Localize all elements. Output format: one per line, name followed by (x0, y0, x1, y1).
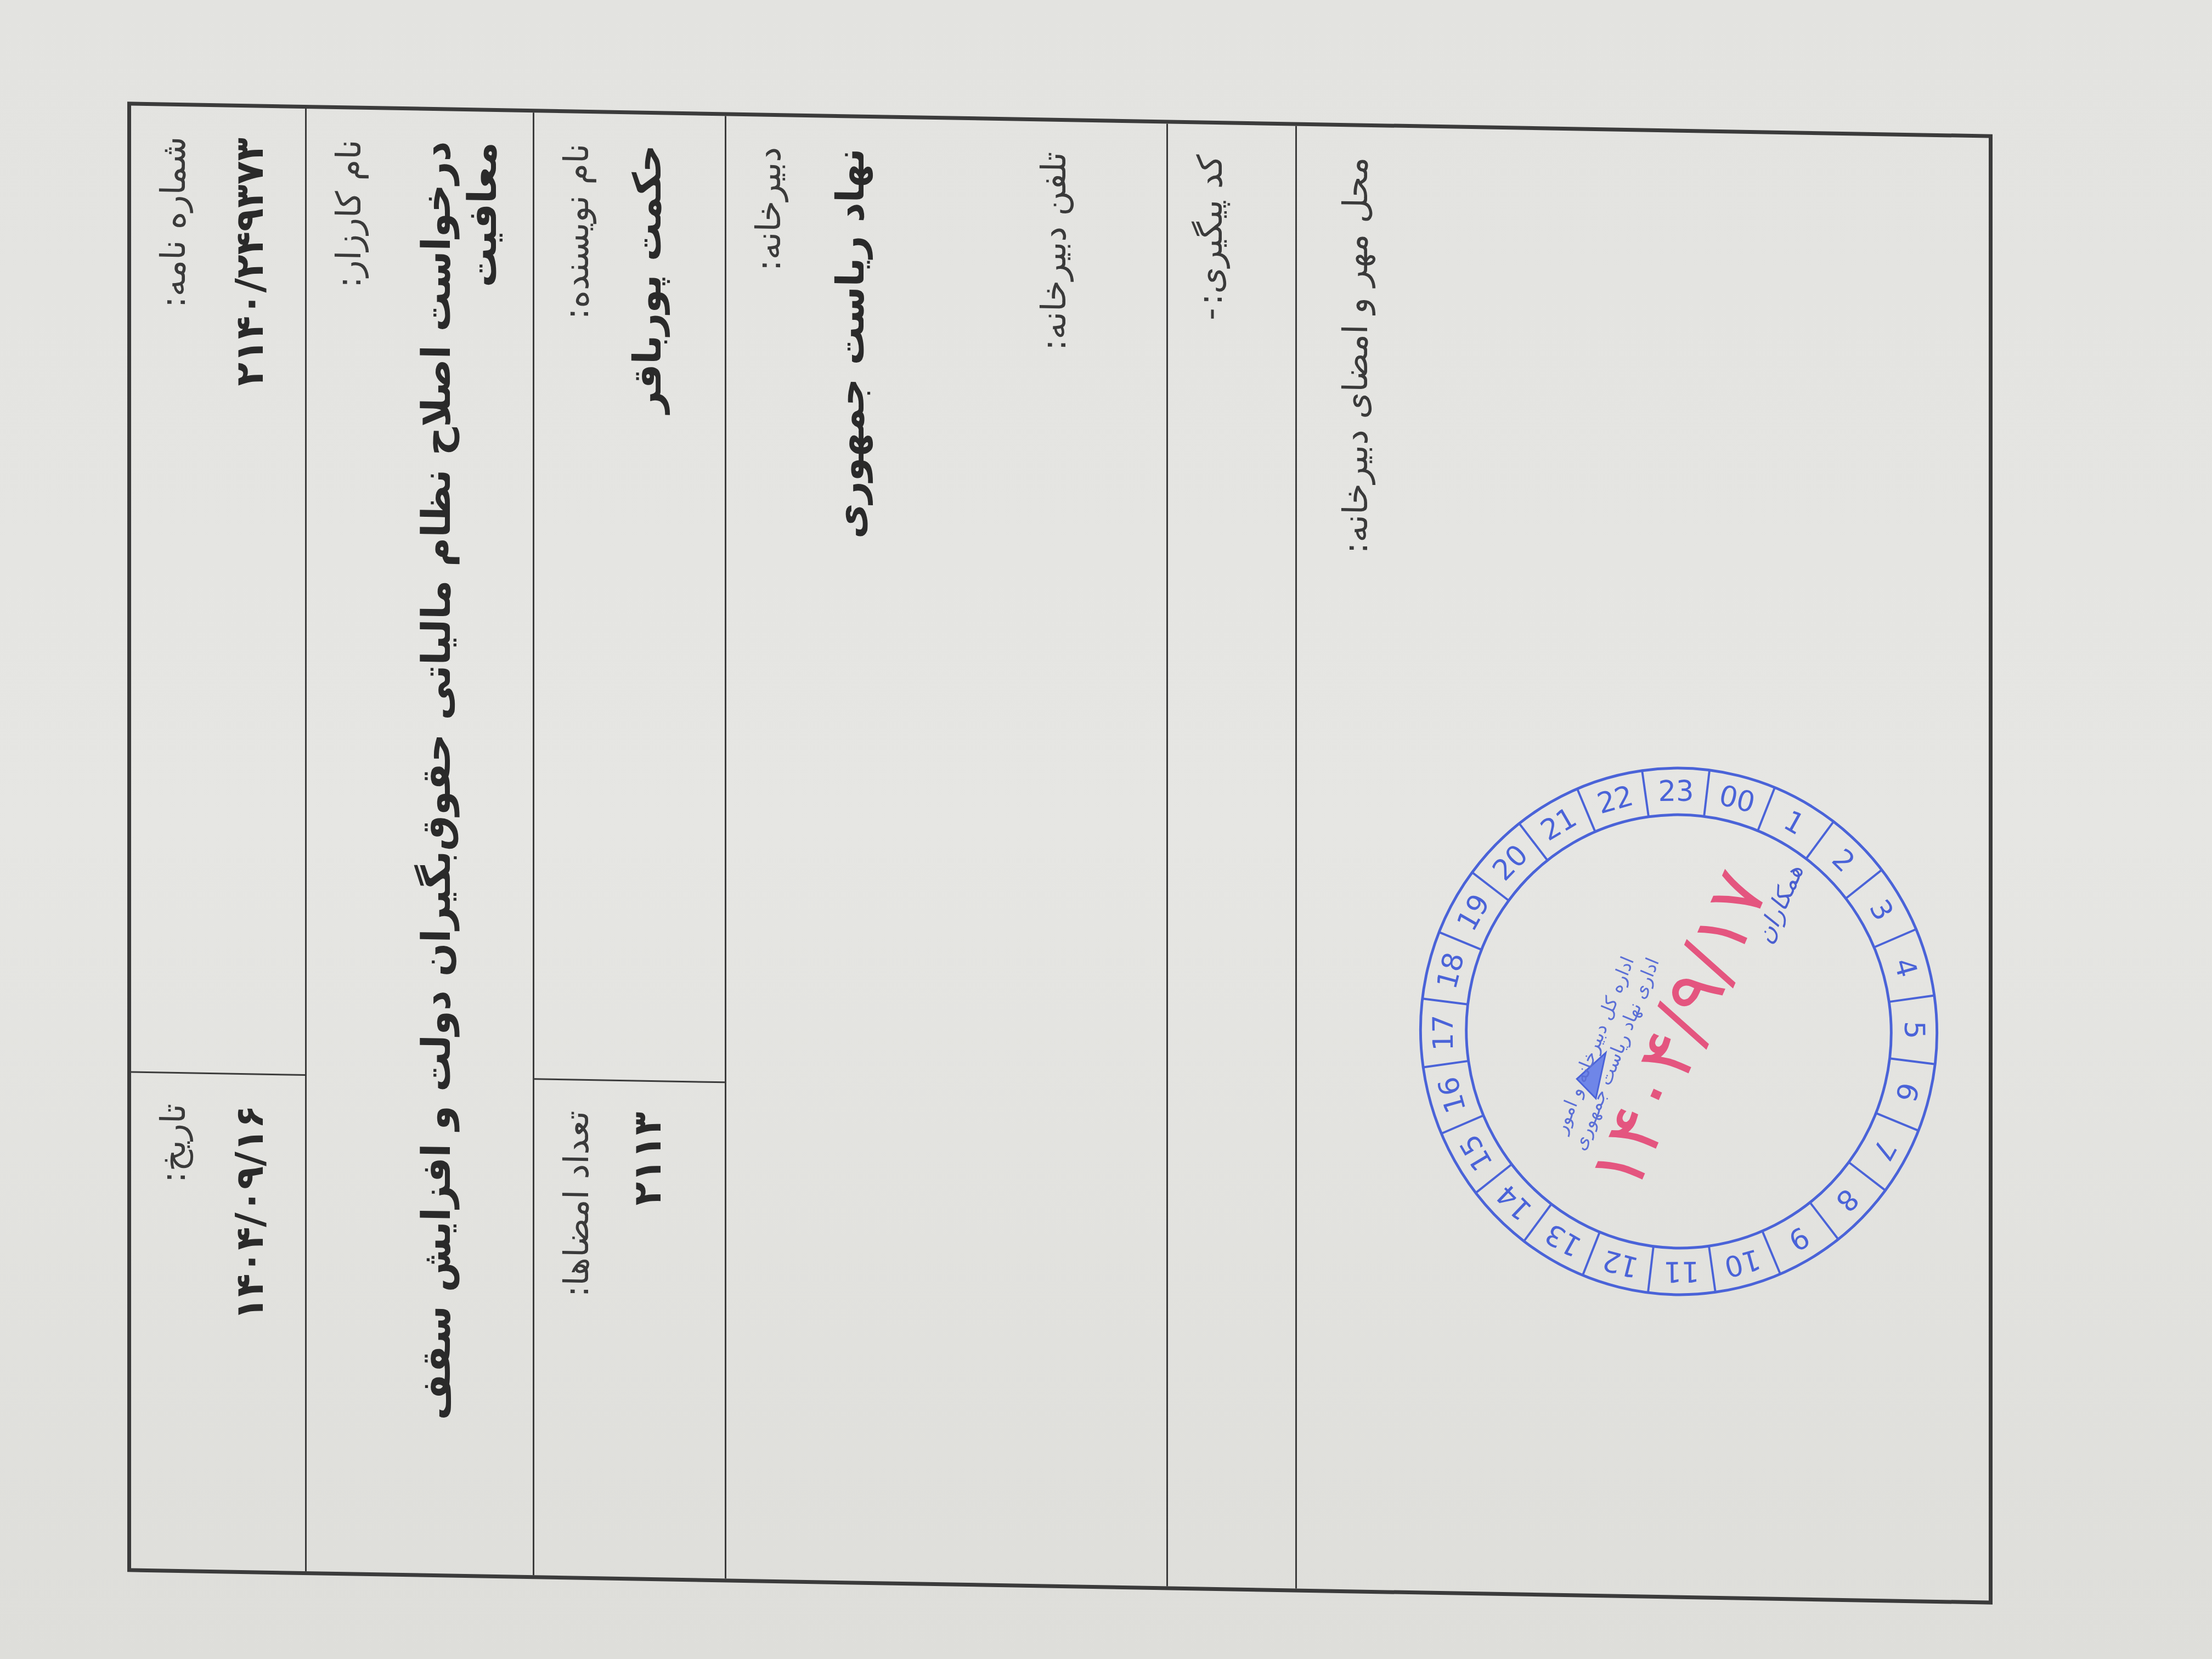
secretariat-time-stamp: 001234567891011121314151617181920212223 … (1374, 723, 1983, 1341)
author-value: حکمت پورباقر (624, 144, 670, 1058)
row-letter-info: شماره نامه: ۲۱۴۰/۲۴۹۳۷۳ تاریخ: ۱۴۰۴/۰۹/۱… (131, 105, 307, 1571)
row-secretariat: دبیرخانه: نهاد ریاست جمهوری تلفن دبیرخان… (726, 116, 1168, 1586)
author-label: نام نویسنده: (556, 143, 597, 1057)
tracking-cell: کد پیگیری: - (1168, 123, 1295, 1588)
date-label: تاریخ: (153, 1103, 194, 1547)
svg-text:17: 17 (1427, 1014, 1460, 1051)
svg-text:22: 22 (1594, 779, 1637, 821)
svg-text:9: 9 (1783, 1220, 1815, 1257)
tracking-code-value: - (1190, 308, 1230, 321)
svg-text:23: 23 (1658, 775, 1694, 808)
date-value: ۱۴۰۴/۰۹/۱۶ (227, 1104, 273, 1548)
signatures-value: ۲۱۱۳ (624, 1111, 670, 1555)
secretariat-cell: دبیرخانه: نهاد ریاست جمهوری تلفن دبیرخان… (726, 116, 1166, 1586)
stamp-area-label: محل مهر و امضای دبیرخانه: (1335, 157, 1376, 1568)
letter-number-cell: شماره نامه: ۲۱۴۰/۲۴۹۳۷۳ (131, 105, 305, 1074)
row-campaign: نام کارزار: درخواست اصلاح نظام مالیاتی ح… (307, 109, 534, 1575)
letter-number-label: شماره نامه: (153, 136, 194, 1050)
secretariat-phone-label: تلفن دبیرخانه: (1034, 151, 1074, 351)
svg-text:16: 16 (1432, 1073, 1473, 1117)
svg-text:6: 6 (1889, 1079, 1925, 1105)
signatures-label: تعداد امضاها: (556, 1110, 597, 1554)
svg-text:8: 8 (1829, 1182, 1865, 1218)
date-cell: تاریخ: ۱۴۰۴/۰۹/۱۶ (131, 1071, 305, 1571)
campaign-subject: درخواست اصلاح نظام مالیاتی حقوق‌بگیران د… (369, 140, 505, 1553)
svg-text:2: 2 (1825, 843, 1861, 879)
svg-text:3: 3 (1863, 894, 1900, 927)
signatures-cell: تعداد امضاها: ۲۱۱۳ (534, 1078, 725, 1578)
svg-text:11: 11 (1663, 1255, 1700, 1288)
secretariat-value: نهاد ریاست جمهوری (827, 148, 873, 1559)
svg-text:4: 4 (1887, 955, 1923, 981)
svg-text:7: 7 (1865, 1134, 1903, 1166)
campaign-cell: نام کارزار: درخواست اصلاح نظام مالیاتی ح… (307, 109, 533, 1575)
svg-text:12: 12 (1599, 1243, 1642, 1284)
secretariat-label: دبیرخانه: (748, 146, 789, 1558)
author-cell: نام نویسنده: حکمت پورباقر (534, 112, 725, 1081)
tracking-code-label: کد پیگیری: (1190, 154, 1230, 306)
svg-text:5: 5 (1898, 1021, 1931, 1039)
campaign-name-label: نام کارزار: (329, 139, 369, 1550)
svg-text:10: 10 (1721, 1242, 1764, 1284)
letter-number-value: ۲۱۴۰/۲۴۹۳۷۳ (227, 137, 273, 1051)
row-tracking: کد پیگیری: - (1168, 123, 1297, 1588)
svg-text:00: 00 (1716, 778, 1758, 820)
row-author: نام نویسنده: حکمت پورباقر تعداد امضاها: … (534, 112, 726, 1578)
svg-text:18: 18 (1431, 949, 1471, 992)
